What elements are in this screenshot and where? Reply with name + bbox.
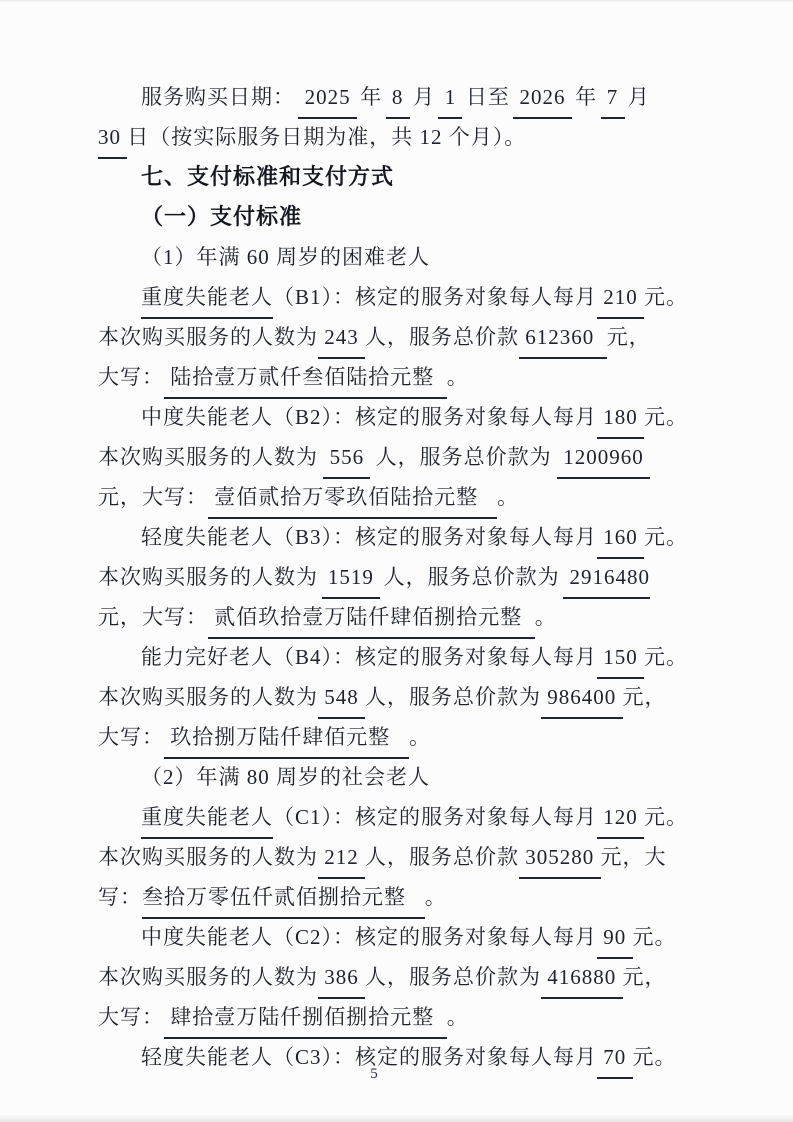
text-run: 轻度失能老人（B3）：核定的服务对象每人每月 — [141, 517, 597, 557]
underlined-value: 1 — [438, 77, 462, 119]
underlined-value: 180 — [597, 397, 644, 439]
heading-payment-standard: （一）支付标准 — [98, 197, 650, 237]
text-run: 。 — [425, 877, 447, 917]
underlined-value: 玖拾捌万陆仟肆佰元整 — [164, 717, 409, 759]
line-group-1-title: （1）年满 60 周岁的困难老人 — [98, 237, 650, 277]
line-c1-standard: 重度失能老人（C1）：核定的服务对象每人每月 120 元。 — [98, 797, 650, 837]
underlined-value: 陆拾壹万贰仟叁佰陆拾元整 — [164, 357, 447, 399]
underlined-value: 重度失能老人 — [141, 277, 273, 319]
text-run: 元， — [623, 957, 667, 997]
underlined-value: 8 — [386, 77, 410, 119]
line-b1-capital: 大写： 陆拾壹万贰仟叁佰陆拾元整 。 — [98, 357, 650, 397]
text-run: 本次购买服务的人数为 — [98, 437, 318, 477]
text-run: 元， — [623, 677, 667, 717]
underlined-value: 2916480 — [563, 557, 650, 599]
underlined-value: 30 — [98, 117, 127, 159]
text-run: 大写： — [98, 717, 164, 757]
text-run: 本次购买服务的人数为 — [98, 837, 318, 877]
text-run: 本次购买服务的人数为 — [98, 317, 318, 357]
text-run: 元。 — [633, 917, 677, 957]
underlined-value: 986400 — [541, 677, 623, 719]
text-run: 月 — [628, 77, 650, 117]
document-page: 服务购买日期： 2025 年 8 月 1 日至 2026 年 7 月30 日（按… — [0, 0, 793, 1122]
text-run: 人，服务总价款 — [365, 317, 519, 357]
page-number: 5 — [98, 1064, 650, 1084]
underlined-value: 210 — [597, 277, 644, 319]
text-run: 月 — [413, 77, 435, 117]
text-run: 人，服务总价款 — [365, 837, 519, 877]
underlined-value: 90 — [597, 917, 633, 959]
underlined-value: 肆拾壹万陆仟捌佰捌拾元整 — [164, 997, 447, 1039]
underlined-value: 305280 — [519, 837, 601, 879]
underlined-value: 556 — [323, 437, 370, 479]
text-run: 。 — [409, 717, 431, 757]
line-b2-capital: 元，大写： 壹佰贰拾万零玖佰陆拾元整 。 — [98, 477, 650, 517]
line-c2-capital: 大写： 肆拾壹万陆仟捌佰捌拾元整 。 — [98, 997, 650, 1037]
text-run: 七、支付标准和支付方式 — [141, 157, 394, 197]
text-run: 人，服务总价款为 — [365, 957, 541, 997]
line-b3-count-total: 本次购买服务的人数为 1519 人，服务总价款为 2916480 — [98, 557, 650, 597]
text-run: 本次购买服务的人数为 — [98, 677, 318, 717]
underlined-value: 150 — [597, 637, 644, 679]
line-b4-count-total: 本次购买服务的人数为 548 人，服务总价款为 986400 元， — [98, 677, 650, 717]
underlined-value: 叁拾万零伍仟贰佰捌拾元整 — [142, 877, 425, 919]
line-b3-standard: 轻度失能老人（B3）：核定的服务对象每人每月 160 元。 — [98, 517, 650, 557]
underlined-value: 386 — [318, 957, 365, 999]
text-run: 元。 — [644, 637, 688, 677]
document-body: 服务购买日期： 2025 年 8 月 1 日至 2026 年 7 月30 日（按… — [98, 77, 650, 1077]
line-c1-capital: 写：叁拾万零伍仟贰佰捌拾元整 。 — [98, 877, 650, 917]
text-run: 人，服务总价款为 — [384, 557, 560, 597]
line-c1-count-total: 本次购买服务的人数为 212 人，服务总价款 305280 元，大 — [98, 837, 650, 877]
text-run: 元，大 — [601, 837, 667, 877]
underlined-value: 548 — [318, 677, 365, 719]
underlined-value: 612360 — [519, 317, 607, 359]
underlined-value: 壹佰贰拾万零玖佰陆拾元整 — [208, 477, 497, 519]
underlined-value: 2025 — [298, 77, 357, 119]
text-run: 元。 — [644, 517, 688, 557]
text-run: 写： — [98, 877, 142, 917]
text-run: 元，大写： — [98, 477, 208, 517]
text-run: （2）年满 80 周岁的社会老人 — [141, 757, 430, 797]
text-run: 元。 — [644, 277, 688, 317]
line-service-purchase-date: 服务购买日期： 2025 年 8 月 1 日至 2026 年 7 月 — [98, 77, 650, 117]
text-run: 人，服务总价款为 — [365, 677, 541, 717]
text-run: 本次购买服务的人数为 — [98, 957, 318, 997]
text-run: 元， — [607, 317, 651, 357]
underlined-value: 160 — [597, 517, 644, 559]
text-run: 中度失能老人（C2）：核定的服务对象每人每月 — [141, 917, 597, 957]
line-b1-standard: 重度失能老人（B1）：核定的服务对象每人每月 210 元。 — [98, 277, 650, 317]
text-run: 大写： — [98, 357, 164, 397]
line-b4-capital: 大写： 玖拾捌万陆仟肆佰元整 。 — [98, 717, 650, 757]
text-run: 日至 — [466, 77, 510, 117]
underlined-value: 重度失能老人 — [141, 797, 273, 839]
line-c2-count-total: 本次购买服务的人数为 386 人，服务总价款为 416880 元， — [98, 957, 650, 997]
underlined-value: 2026 — [513, 77, 572, 119]
line-b2-standard: 中度失能老人（B2）：核定的服务对象每人每月 180 元。 — [98, 397, 650, 437]
text-run: （B1）：核定的服务对象每人每月 — [273, 277, 597, 317]
underlined-value: 7 — [601, 77, 625, 119]
line-group-2-title: （2）年满 80 周岁的社会老人 — [98, 757, 650, 797]
underlined-value: 243 — [318, 317, 365, 359]
line-service-date-continued: 30 日（按实际服务日期为准，共 12 个月）。 — [98, 117, 650, 157]
text-run: 能力完好老人（B4）：核定的服务对象每人每月 — [141, 637, 597, 677]
text-run: 元。 — [644, 797, 688, 837]
text-run: 。 — [535, 597, 557, 637]
underlined-value: 1519 — [322, 557, 381, 599]
text-run: 人，服务总价款为 — [376, 437, 552, 477]
text-run: （一）支付标准 — [141, 197, 302, 237]
text-run: （C1）：核定的服务对象每人每月 — [273, 797, 597, 837]
text-run: 年 — [575, 77, 597, 117]
text-run: 中度失能老人（B2）：核定的服务对象每人每月 — [141, 397, 597, 437]
line-b2-count-total: 本次购买服务的人数为 556 人，服务总价款为 1200960 — [98, 437, 650, 477]
text-run: 大写： — [98, 997, 164, 1037]
text-run: 日（按实际服务日期为准，共 12 个月）。 — [127, 117, 526, 157]
text-run: 。 — [447, 997, 469, 1037]
text-run: 本次购买服务的人数为 — [98, 557, 318, 597]
text-run: 。 — [497, 477, 519, 517]
text-run: （1）年满 60 周岁的困难老人 — [141, 237, 430, 277]
line-b3-capital: 元，大写： 贰佰玖拾壹万陆仟肆佰捌拾元整 。 — [98, 597, 650, 637]
line-c2-standard: 中度失能老人（C2）：核定的服务对象每人每月 90 元。 — [98, 917, 650, 957]
underlined-value: 212 — [318, 837, 365, 879]
underlined-value: 416880 — [541, 957, 623, 999]
text-run: 元。 — [644, 397, 688, 437]
text-run: 元，大写： — [98, 597, 208, 637]
text-run: 年 — [360, 77, 382, 117]
underlined-value: 120 — [597, 797, 644, 839]
underlined-value: 1200960 — [557, 437, 650, 479]
underlined-value: 贰佰玖拾壹万陆仟肆佰捌拾元整 — [208, 597, 535, 639]
heading-section-seven: 七、支付标准和支付方式 — [98, 157, 650, 197]
line-b1-count-total: 本次购买服务的人数为 243 人，服务总价款 612360 元， — [98, 317, 650, 357]
line-b4-standard: 能力完好老人（B4）：核定的服务对象每人每月 150 元。 — [98, 637, 650, 677]
text-run: 服务购买日期： — [141, 77, 295, 117]
text-run: 。 — [447, 357, 469, 397]
